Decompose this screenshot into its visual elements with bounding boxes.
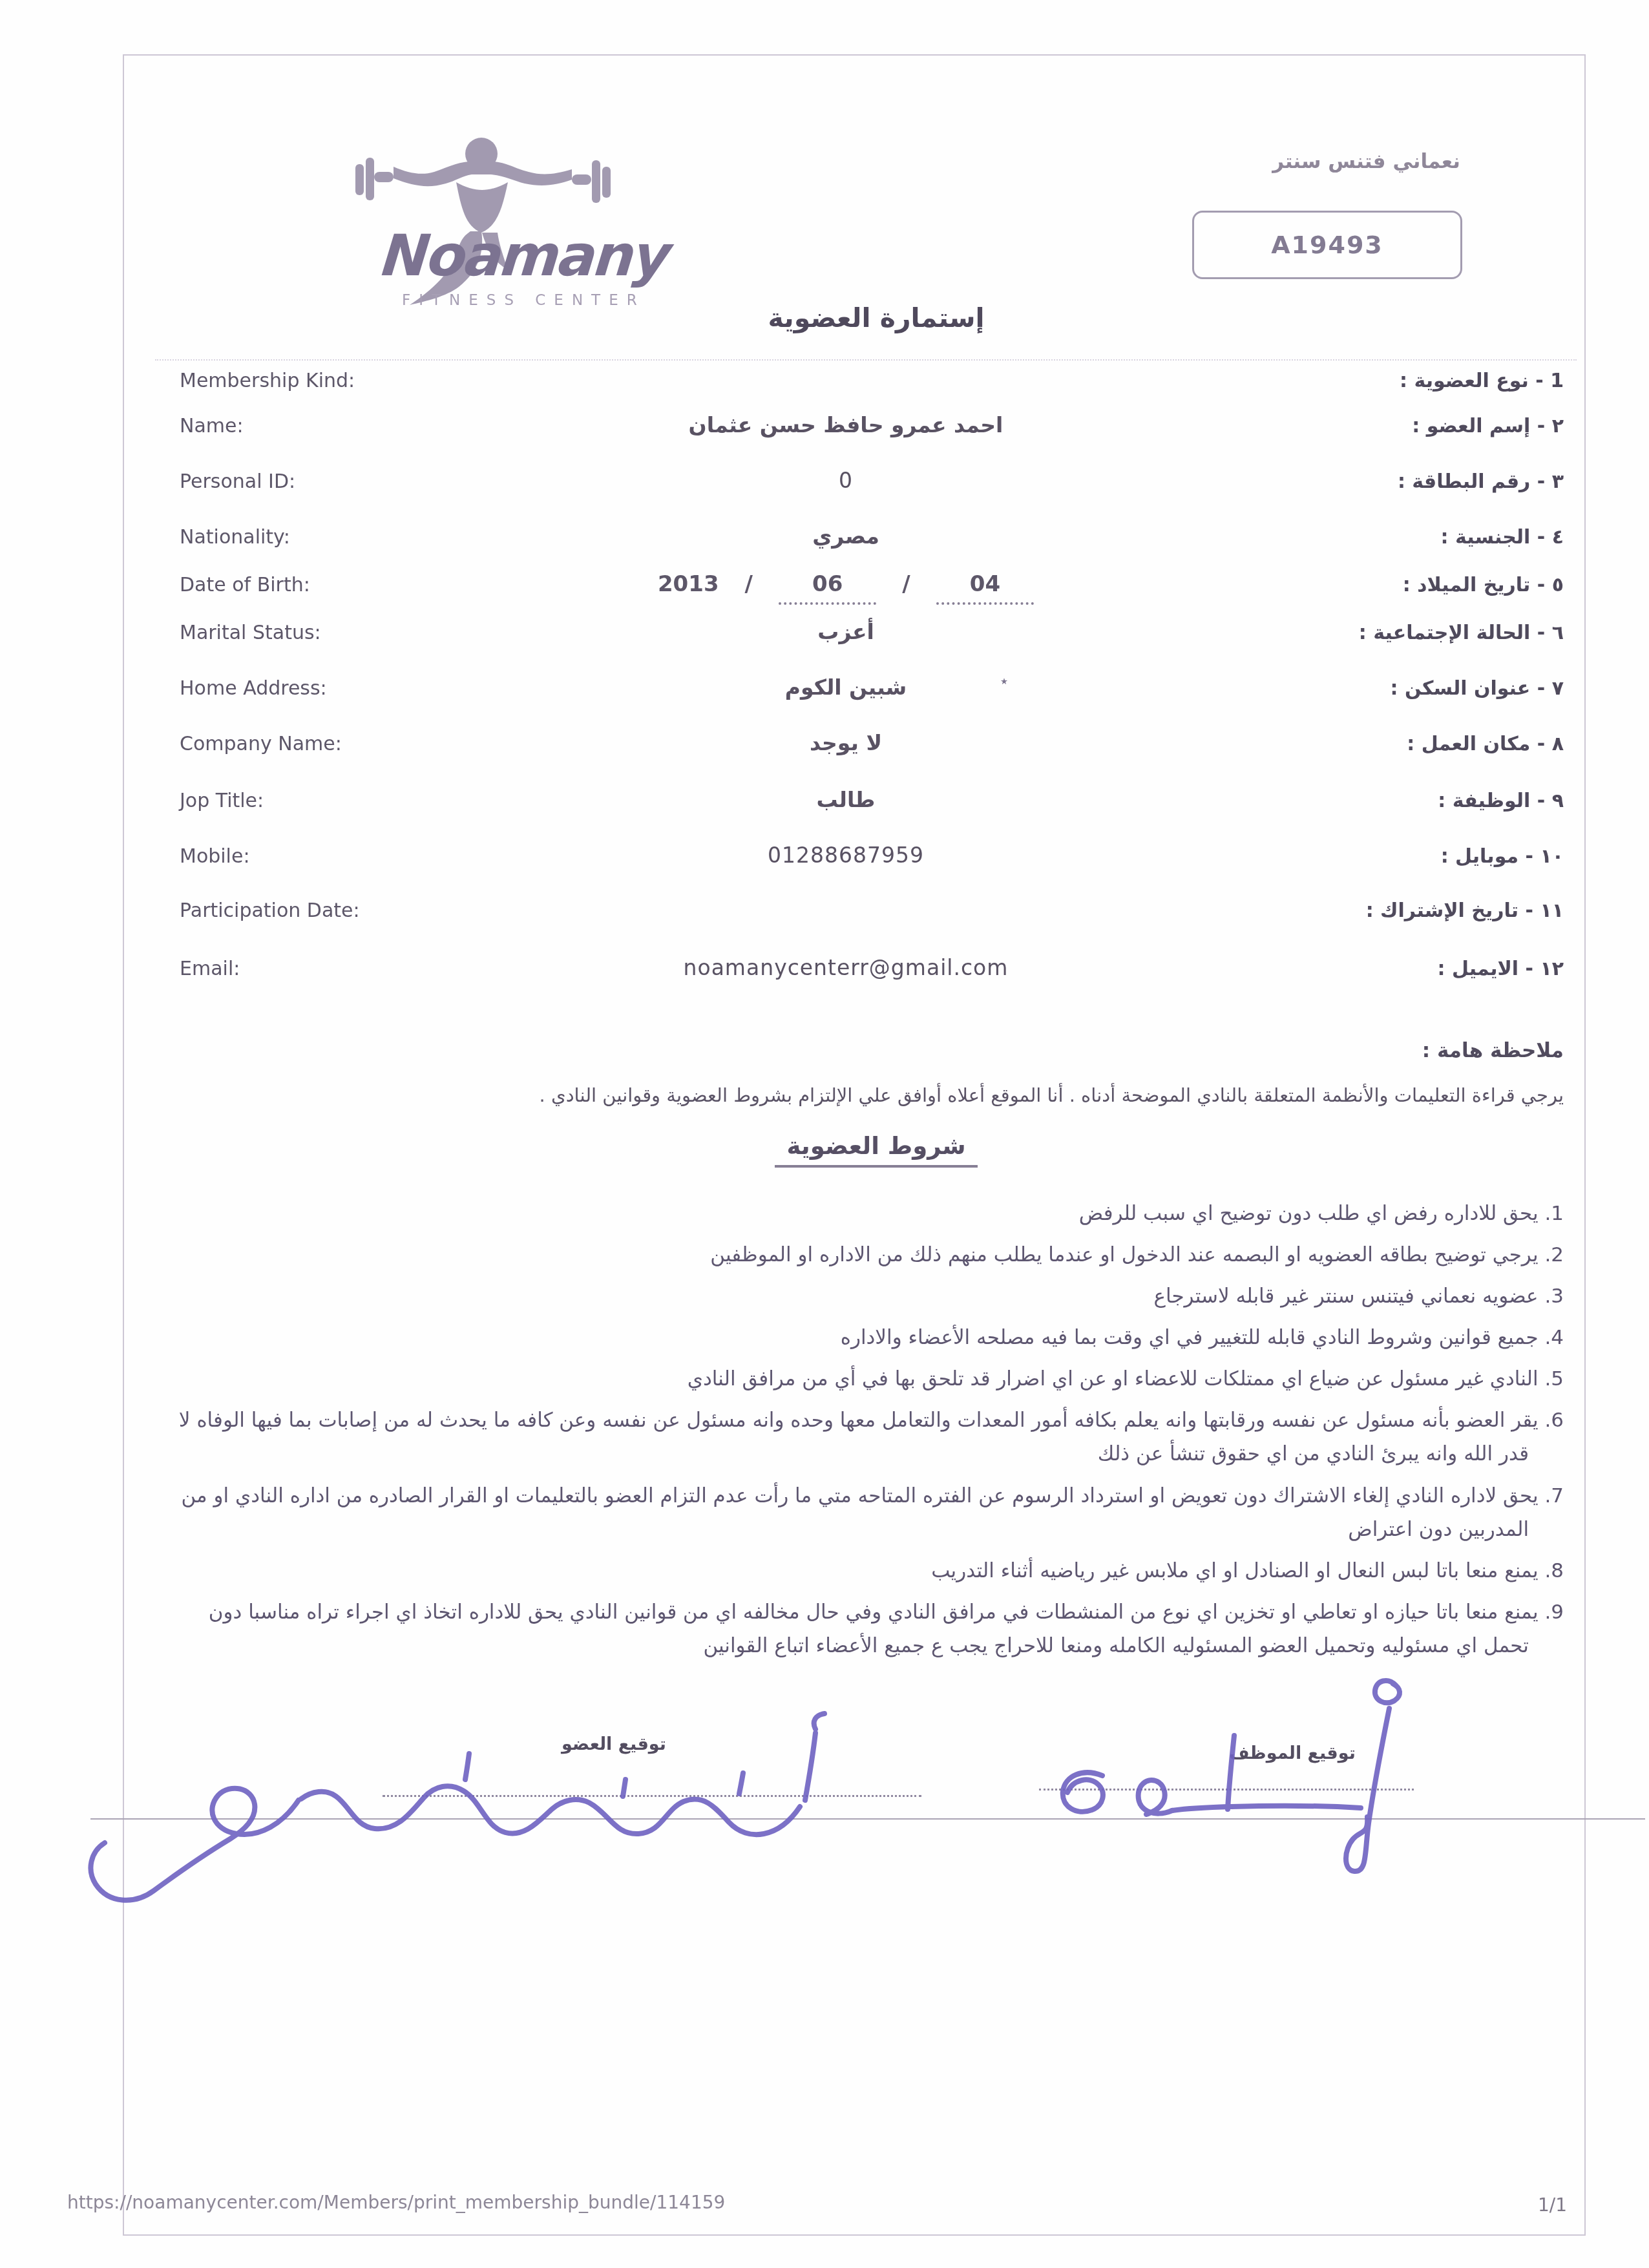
birth-date-value: 2013 / 06 / 04 <box>658 571 1034 605</box>
membership-code: A19493 <box>1271 231 1383 259</box>
label-ar: ٨ - مكان العمل : <box>1163 733 1564 755</box>
label-en: Name: <box>180 415 529 437</box>
label-ar: ٧ - عنوان السكن : <box>1163 677 1564 700</box>
terms-heading-wrap: شروط العضوية <box>178 1132 1574 1168</box>
term-item: 5. النادي غير مسئول عن ضياع اي ممتلكات ل… <box>162 1362 1564 1396</box>
terms-heading: شروط العضوية <box>775 1132 977 1168</box>
term-item: 6. يقر العضو بأنه مسئول عن نفسه ورقابتها… <box>162 1403 1564 1471</box>
term-item: 4. جميع قوانين وشروط النادي قابله للتغيي… <box>162 1321 1564 1354</box>
birth-year: 2013 <box>658 571 719 597</box>
label-en: Jop Title: <box>180 790 529 812</box>
member-signature-line <box>383 1795 921 1797</box>
field-value: طالب <box>529 787 1163 812</box>
label-en: Mobile: <box>180 845 529 868</box>
term-item: 9. يمنع منعا باتا حيازه او تعاطي او تخزي… <box>162 1595 1564 1663</box>
staff-signature-line <box>1039 1789 1414 1790</box>
field-value: 2013 / 06 / 04 <box>529 571 1163 605</box>
field-value: مصري <box>529 523 1163 549</box>
label-ar: ٣ - رقم البطاقة : <box>1163 470 1564 493</box>
field-value: أعزب <box>529 619 1163 644</box>
field-value: noamanycenterr@gmail.com <box>529 955 1163 980</box>
label-ar: ٢ - إسم العضو : <box>1163 415 1564 437</box>
term-item: 7. يحق لاداره النادي إلغاء الاشتراك دون … <box>162 1479 1564 1546</box>
scanned-membership-form: Noamany FITNESS CENTER نعماني فتنس سنتر … <box>0 0 1649 2268</box>
page-title: إستمارة العضوية <box>178 302 1574 333</box>
label-en: Home Address: <box>180 677 529 700</box>
member-signature-label: توقيع العضو <box>530 1734 698 1754</box>
field-value: احمد عمرو حافظ حسن عثمان <box>529 412 1163 437</box>
label-ar: ٤ - الجنسية : <box>1163 526 1564 549</box>
field-value: شبين الكوم <box>529 675 1163 700</box>
row-participation-date: Participation Date: ١١ - تاريخ الإشتراك … <box>180 899 1564 922</box>
signature-baseline <box>90 1818 1645 1820</box>
label-ar: ١١ - تاريخ الإشتراك : <box>1163 899 1564 922</box>
staff-signature-label: توقيع الموظف <box>1215 1743 1370 1763</box>
label-en: Participation Date: <box>180 899 529 922</box>
source-url-text: https://noamanycenter.com/Members/print_… <box>67 2192 725 2213</box>
important-note-heading: ملاحظة هامة : <box>162 1039 1564 1062</box>
date-separator: / <box>745 571 753 597</box>
label-en: Personal ID: <box>180 470 529 493</box>
row-name: Name: احمد عمرو حافظ حسن عثمان ٢ - إسم ا… <box>180 412 1564 437</box>
date-separator: / <box>902 571 910 597</box>
birth-day: 04 <box>936 571 1034 605</box>
row-company-name: Company Name: لا يوجد ٨ - مكان العمل : <box>180 730 1564 755</box>
birth-month: 06 <box>779 571 876 605</box>
label-en: Company Name: <box>180 733 529 755</box>
center-name-arabic: نعماني فتنس سنتر <box>1189 150 1460 173</box>
terms-list: 1. يحق للاداره رفض اي طلب دون توضيح اي س… <box>162 1197 1564 1670</box>
label-ar: ٦ - الحالة الإجتماعية : <box>1163 622 1564 644</box>
row-personal-id: Personal ID: 0 ٣ - رقم البطاقة : <box>180 468 1564 493</box>
term-item: 2. يرجي توضيح بطاقه العضويه او البصمه عن… <box>162 1238 1564 1272</box>
page-number: 1/1 <box>1538 2194 1567 2216</box>
title-divider <box>155 359 1577 361</box>
important-note-body: يرجي قراءة التعليمات والأنظمة المتعلقة ب… <box>162 1084 1564 1106</box>
label-ar: 1 - نوع العضوية : <box>1163 370 1564 392</box>
row-email: Email: noamanycenterr@gmail.com ١٢ - الا… <box>180 955 1564 980</box>
field-value: 0 <box>529 468 1163 493</box>
stray-scan-mark: ٭ <box>1000 673 1008 689</box>
term-item: 8. يمنع منعا باتا لبس النعال او الصنادل … <box>162 1554 1564 1588</box>
row-home-address: Home Address: شبين الكوم ٧ - عنوان السكن… <box>180 675 1564 700</box>
label-en: Marital Status: <box>180 622 529 644</box>
term-item: 1. يحق للاداره رفض اي طلب دون توضيح اي س… <box>162 1197 1564 1230</box>
row-date-of-birth: Date of Birth: 2013 / 06 / 04 ٥ - تاريخ … <box>180 571 1564 605</box>
label-ar: ٥ - تاريخ الميلاد : <box>1163 574 1564 596</box>
membership-code-box: A19493 <box>1192 211 1462 279</box>
field-value: لا يوجد <box>529 730 1163 755</box>
field-value: 01288687959 <box>529 843 1163 868</box>
row-marital-status: Marital Status: أعزب ٦ - الحالة الإجتماع… <box>180 619 1564 644</box>
label-ar: ٩ - الوظيفة : <box>1163 790 1564 812</box>
row-membership-kind: Membership Kind: 1 - نوع العضوية : <box>180 370 1564 392</box>
row-mobile: Mobile: 01288687959 ١٠ - موبايل : <box>180 843 1564 868</box>
label-ar: ١٠ - موبايل : <box>1163 845 1564 868</box>
term-item: 3. عضويه نعماني فيتنس سنتر غير قابله لاس… <box>162 1279 1564 1313</box>
label-en: Date of Birth: <box>180 574 529 596</box>
label-en: Email: <box>180 958 529 980</box>
label-en: Membership Kind: <box>180 370 529 392</box>
logo-brand-text: Noamany <box>379 222 690 289</box>
label-ar: ١٢ - الايميل : <box>1163 958 1564 980</box>
label-en: Nationality: <box>180 526 529 549</box>
row-nationality: Nationality: مصري ٤ - الجنسية : <box>180 523 1564 549</box>
row-job-title: Jop Title: طالب ٩ - الوظيفة : <box>180 787 1564 812</box>
